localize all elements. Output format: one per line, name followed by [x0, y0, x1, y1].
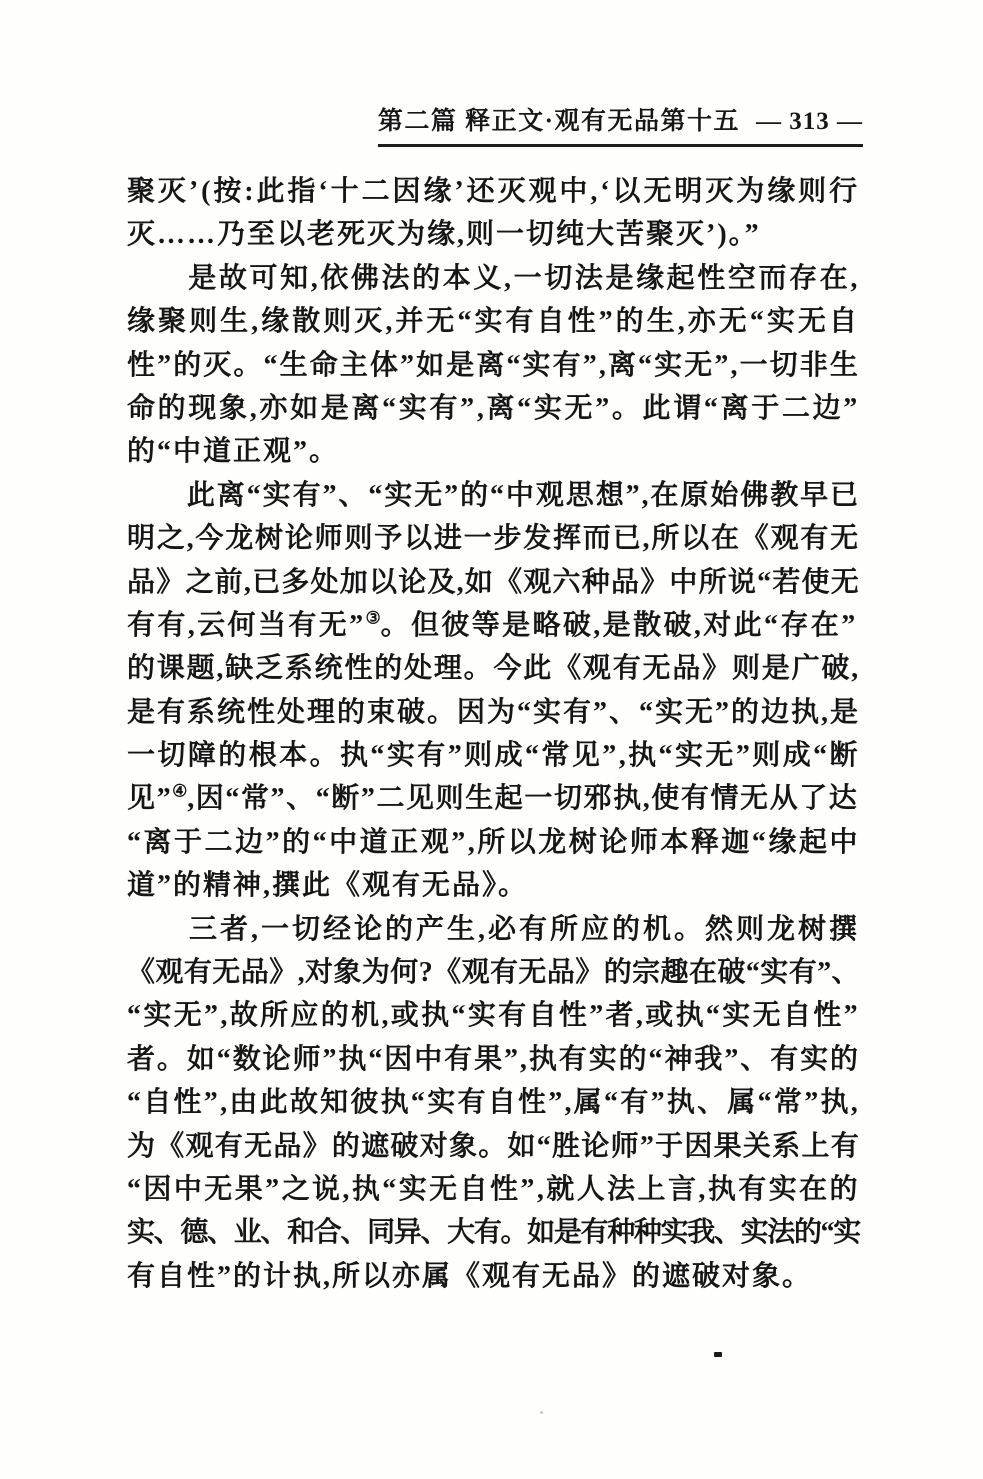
text-line: 灭……乃至以老死灭为缘,则一切纯大苦聚灭’)。”: [127, 213, 860, 256]
text-line: 的课题,缺乏系统性的处理。今此《观有无品》则是广破,: [127, 647, 860, 690]
book-page: 第二篇 释正文·观有无品第十五— 313 — 聚灭’(按:此指‘十二因缘’还灭观…: [0, 0, 983, 1479]
text-line: 是有系统性处理的束破。因为“实有”、“实无”的边执,是: [127, 691, 860, 734]
page-number: — 313 —: [756, 108, 863, 135]
text-line: 的“中道正观”。: [127, 430, 860, 473]
footnote-marker: ④: [172, 782, 187, 801]
ink-speck: [714, 1352, 722, 1357]
text-line: 品》之前,已多处加以论及,如《观六种品》中所说“若使无: [127, 561, 860, 604]
text-line: 一切障的根本。执“实有”则成“常见”,执“实无”则成“断: [127, 734, 860, 777]
ink-dot: [540, 1411, 543, 1414]
text-line: 命的现象,亦如是离“实有”,离“实无”。此谓“离于二边”: [127, 387, 860, 430]
text-line: 实、德、业、和合、同异、大有。如是有种种实我、实法的“实: [127, 1211, 860, 1254]
text-line: 三者,一切经论的产生,必有所应的机。然则龙树撰: [127, 908, 860, 951]
running-header-rule: 第二篇 释正文·观有无品第十五— 313 —: [378, 101, 863, 147]
text-line: 是故可知,依佛法的本义,一切法是缘起性空而存在,: [127, 257, 860, 300]
text-line: 者。如“数论师”执“因中有果”,执有实的“神我”、有实的: [127, 1038, 860, 1081]
text-line: 见”④,因“常”、“断”二见则生起一切邪执,使有情无从了达: [127, 777, 860, 820]
text-line: 性”的灭。“生命主体”如是离“实有”,离“实无”,一切非生: [127, 344, 860, 387]
running-header: 第二篇 释正文·观有无品第十五— 313 —: [378, 101, 863, 147]
header-title: 第二篇 释正文·观有无品第十五: [378, 108, 740, 135]
footnote-marker: ③: [366, 609, 381, 628]
text-line: 缘聚则生,缘散则灭,并无“实有自性”的生,亦无“实无自: [127, 300, 860, 343]
text-line: 明之,今龙树论师则予以进一步发挥而已,所以在《观有无: [127, 517, 860, 560]
text-line: “实无”,故所应的机,或执“实有自性”者,或执“实无自性”: [127, 994, 860, 1037]
text-line: “因中无果”之说,执“实无自性”,就人法上言,执有实在的: [127, 1168, 860, 1211]
text-line: 聚灭’(按:此指‘十二因缘’还灭观中,‘以无明灭为缘则行: [127, 170, 860, 213]
text-line: 有有,云何当有无”③。但彼等是略破,是散破,对此“存在”: [127, 604, 860, 647]
text-line: 道”的精神,撰此《观有无品》。: [127, 864, 860, 907]
text-line: “自性”,由此故知彼执“实有自性”,属“有”执、属“常”执,: [127, 1081, 860, 1124]
text-line: 有自性”的计执,所以亦属《观有无品》的遮破对象。: [127, 1255, 860, 1298]
text-line: 为《观有无品》的遮破对象。如“胜论师”于因果关系上有: [127, 1125, 860, 1168]
text-line: “离于二边”的“中道正观”,所以龙树论师本释迦“缘起中: [127, 821, 860, 864]
body-text: 聚灭’(按:此指‘十二因缘’还灭观中,‘以无明灭为缘则行灭……乃至以老死灭为缘,…: [127, 170, 860, 1298]
text-line: 《观有无品》,对象为何?《观有无品》的宗趣在破“实有”、: [127, 951, 860, 994]
text-line: 此离“实有”、“实无”的“中观思想”,在原始佛教早已: [127, 474, 860, 517]
